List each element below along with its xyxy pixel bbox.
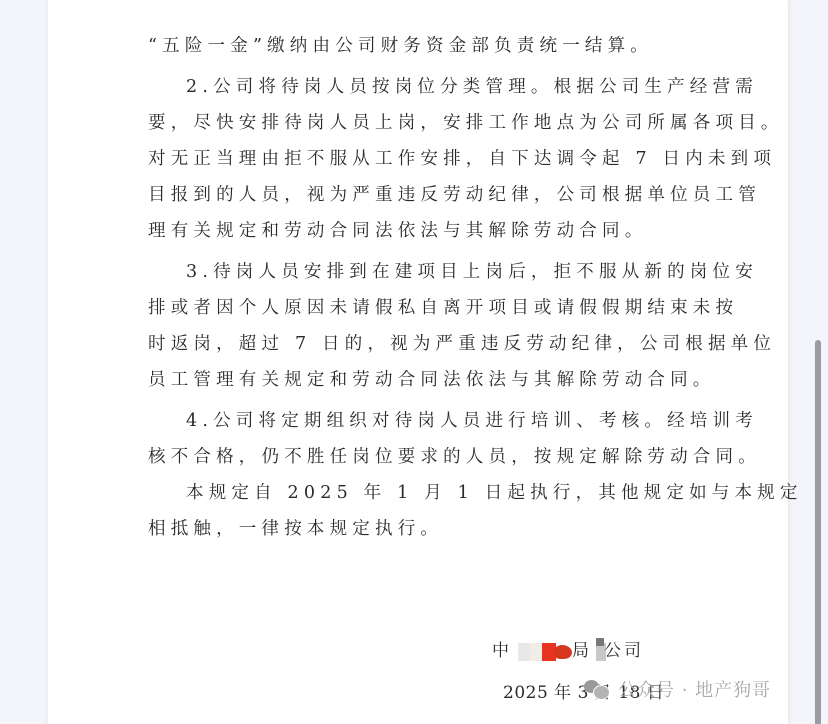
document-body: “五险一金”缴纳由公司财务资金部负责统一结算。 2.公司将待岗人员按岗位分类管理… — [148, 28, 688, 547]
redaction-block-dark — [596, 638, 604, 646]
paragraph-3-line-4: 员工管理有关规定和劳动合同法依法与其解除劳动合同。 — [148, 362, 688, 398]
signature-prefix: 中 — [492, 641, 512, 661]
paragraph-2-line-3: 对无正当理由拒不服从工作安排，自下达调令起 7 日内未到项 — [148, 141, 688, 177]
document-page: “五险一金”缴纳由公司财务资金部负责统一结算。 2.公司将待岗人员按岗位分类管理… — [48, 0, 788, 724]
wechat-icon — [584, 679, 610, 699]
paragraph-3-line-2: 排或者因个人原因未请假私自离开项目或请假假期结束未按 — [148, 290, 688, 326]
redaction-block — [518, 643, 530, 661]
redaction-block — [530, 643, 542, 661]
paragraph-5-line-2: 相抵触，一律按本规定执行。 — [148, 511, 688, 547]
watermark-text: 公众号 · 地产狗哥 — [618, 676, 771, 702]
scrollbar-track[interactable] — [800, 0, 828, 724]
paragraph-2-line-5: 理有关规定和劳动合同法依法与其解除劳动合同。 — [148, 213, 688, 249]
signature-suffix: 公司 — [604, 641, 644, 661]
paragraph-4-line-2: 核不合格，仍不胜任岗位要求的人员，按规定解除劳动合同。 — [148, 439, 688, 475]
paragraph-1-line-1: “五险一金”缴纳由公司财务资金部负责统一结算。 — [148, 28, 688, 64]
paragraph-2-line-4: 目报到的人员，视为严重违反劳动纪律，公司根据单位员工管 — [148, 177, 688, 213]
signature-company: 中局公司 — [492, 636, 644, 661]
paragraph-5-line-1: 本规定自 2025 年 1 月 1 日起执行，其他规定如与本规定 — [148, 475, 688, 511]
paragraph-4-line-1: 4.公司将定期组织对待岗人员进行培训、考核。经培训考 — [148, 403, 688, 439]
paragraph-2-line-2: 要，尽快安排待岗人员上岗，安排工作地点为公司所属各项目。 — [148, 105, 688, 141]
watermark: 公众号 · 地产狗哥 — [584, 676, 771, 702]
document-viewer: “五险一金”缴纳由公司财务资金部负责统一结算。 2.公司将待岗人员按岗位分类管理… — [0, 0, 828, 724]
scrollbar-thumb[interactable] — [815, 340, 821, 724]
signature-middle: 局 — [572, 641, 592, 661]
paragraph-3-line-1: 3.待岗人员安排到在建项目上岗后，拒不服从新的岗位安 — [148, 254, 688, 290]
paragraph-2-line-1: 2.公司将待岗人员按岗位分类管理。根据公司生产经营需 — [148, 69, 688, 105]
redaction-scribble-red — [554, 645, 572, 659]
paragraph-3-line-3: 时返岗，超过 7 日的，视为严重违反劳动纪律，公司根据单位 — [148, 326, 688, 362]
